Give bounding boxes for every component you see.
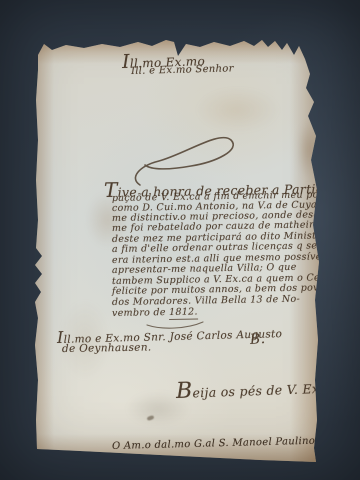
closing-line: Beija os pés de V. Ex.ca [176, 373, 339, 404]
paper-stain [196, 88, 280, 132]
signature-line: O Am.o dal.mo G.al S. Manoel Paulino Fer… [112, 434, 360, 452]
date-prefix: vembro de [112, 307, 169, 319]
date-year: 1812. [169, 307, 198, 320]
addressee-line-2: de Oeynhausen. [62, 341, 152, 355]
paper-stain [296, 120, 322, 180]
photo-backdrop: Ill.mo Ex.mo Ill. e Ex.mo Senhor Tive a … [0, 0, 360, 480]
salutation-line-2: Ill. e Ex.mo Senhor [131, 63, 234, 77]
paraph-mark: B. [249, 331, 265, 348]
body-line-year: vembro de 1812. [112, 307, 198, 319]
manuscript-paper: Ill.mo Ex.mo Ill. e Ex.mo Senhor Tive a … [0, 0, 360, 480]
body-line-date: dos Moradores. Villa Bella 13 de No- [112, 294, 300, 308]
